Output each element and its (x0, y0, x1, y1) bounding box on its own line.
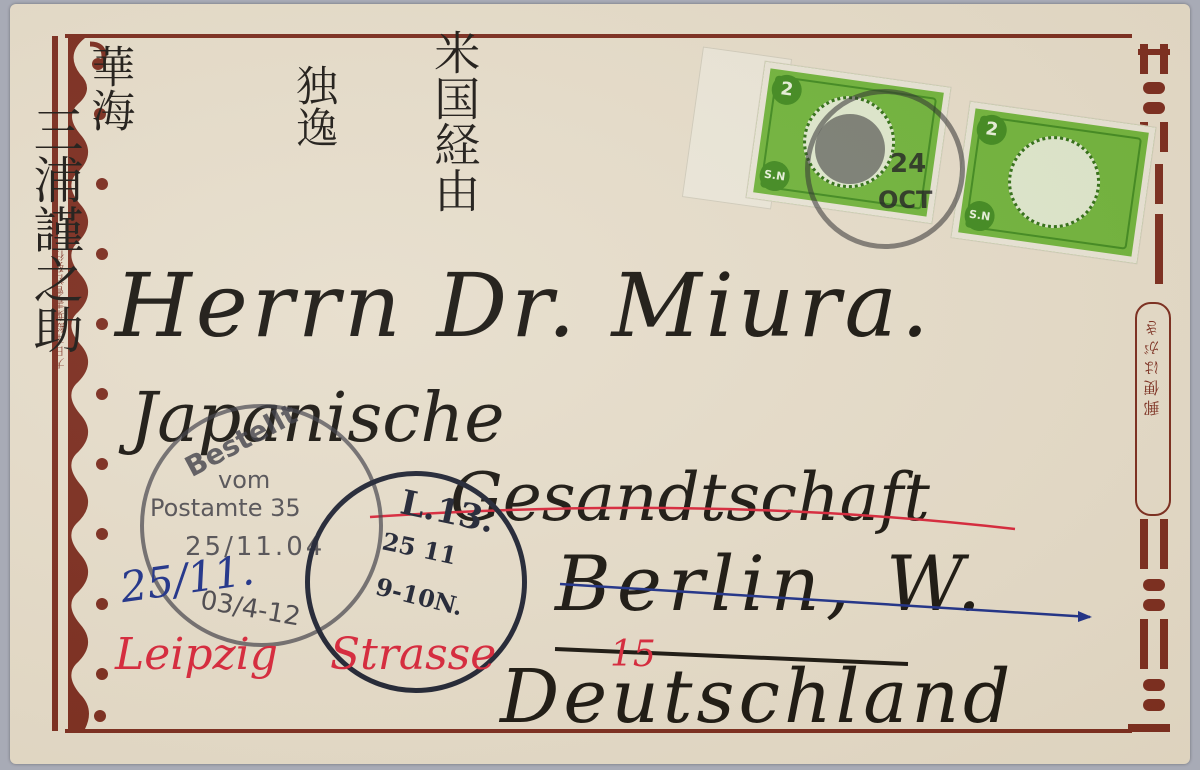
postcard: 大日本絵葉書會社發行 郵便はがき 2 S.N 2 S.N 24 OCT 華海 三… (10, 4, 1190, 764)
red-forwarding-note-2: Strasse (330, 629, 496, 680)
red-forwarding-note-1: Leipzig (115, 629, 278, 680)
red-forwarding-note-3: 15 (610, 634, 656, 675)
delivery-postmark-line3: Postamte 35 (150, 494, 301, 522)
delivery-postmark-line2: vom (218, 466, 270, 494)
